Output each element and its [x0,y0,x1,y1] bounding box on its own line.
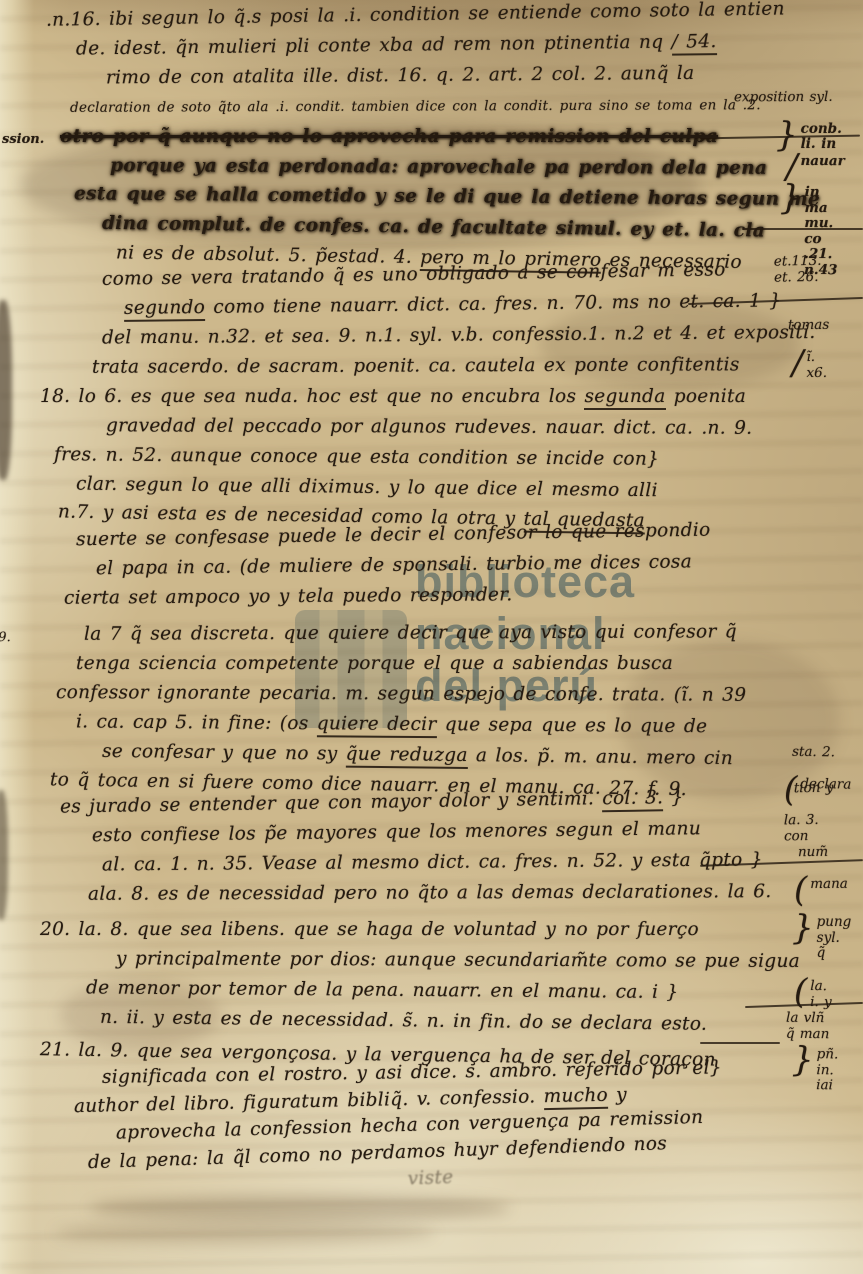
margin-note-right: la. 3. con [784,813,838,845]
line-text: cierta set ampoco yo y tela puedo respon… [64,584,513,608]
line-text: 18. lo 6. es que sea nuda. hoc est que n… [40,386,746,410]
line-text-part: poenita [666,386,747,407]
line-text-part: i. ca. cap 5. in fine: (os [76,711,317,734]
manuscript-line: declaration de soto q̃to ala .i. condit.… [30,91,822,123]
line-text: i. ca. cap 5. in fine: (os quiere decir … [76,711,707,738]
line-text: suerte se confesase puede le decir el co… [76,520,711,551]
margin-note-text: conb. li. in [801,122,842,153]
margin-note-right: la vlñ q̃ man [786,1011,838,1043]
line-text: porque ya esta perdonada: aprovechale pa… [110,155,767,179]
manuscript-line: y principalmente por dios: aunque secund… [30,945,822,977]
manuscript-line: porque ya esta perdonada: aprovechale pa… [30,152,822,184]
line-text-part: se confesar y que no sy [102,740,346,764]
manuscript-line: 20. la. 8. que sea libens. que se haga d… [30,916,822,945]
margin-brace: } [792,911,814,945]
margin-note-text: sta. 2. [792,744,835,760]
line-text: esta que se halla cometido y se le di qu… [74,184,820,211]
margin-note-right: exposition syl. [734,90,838,106]
manuscript-line: tenga sciencia competente porque el que … [30,650,822,679]
margin-note-text: num̃ [798,845,828,861]
margin-note-text: nauar [800,153,844,169]
margin-note-right: sta. 2. [792,744,838,760]
line-text-part: quiere decir [317,713,437,738]
margin-note-right: (la. i. y [794,979,838,1010]
margin-note-text: tomas [788,318,829,334]
margin-note-right: /ĩ. x6. [792,350,838,381]
margin-note-text: mana [810,877,848,893]
margin-note-text: tion y [794,781,834,797]
manuscript-line: 18. lo 6. es que sea nuda. hoc est que n… [30,383,822,412]
margin-note-text: la. 3. con [784,813,838,845]
manuscript-line: confessor ignorante pecaria. m. segun es… [30,679,822,711]
manuscript-line: .113,del manu. n.32. et sea. 9. n.1. syl… [30,319,822,354]
margin-note-left: ssion. [2,126,44,155]
line-text-part: a los. p̃. m. anu. mero cin [468,745,734,769]
manuscript-line: cierta set ampoco yo y tela puedo respon… [30,579,822,614]
line-text: 20. la. 8. que sea libens. que se haga d… [40,919,699,940]
line-text: segundo como tiene nauarr. dict. ca. fre… [124,290,782,322]
margin-brace: ( [794,975,808,1009]
line-text-part: / 54. [671,31,716,56]
line-text: tenga sciencia competente porque el que … [76,653,673,674]
margin-brace: / [792,346,804,380]
margin-note-text: la vlñ q̃ man [786,1011,838,1043]
manuscript-line: gravedad del peccado por algunos rudeves… [30,412,822,444]
manuscript-line: n. ii. y esta es de necessidad. s̃. n. i… [30,1003,822,1041]
line-text: confessor ignorante pecaria. m. segun es… [56,682,746,706]
margin-note-right: num̃ [798,845,838,861]
margin-note-text: ĩ. x6. [806,350,838,381]
margin-brace: } [780,181,802,215]
margin-note-right: et.113. et. 26. [774,254,838,286]
manuscript-line: ssion.otro por q̃ aunque no lo aprovecha… [30,123,822,152]
line-text: viste [407,1167,454,1190]
margin-note-text: et.113. et. 26. [774,254,838,286]
manuscript-line: ala. 8. es de necessidad pero no q̃to a … [30,878,822,910]
line-text: gravedad del peccado por algunos rudeves… [106,415,752,438]
line-text-part: es jurado se entender que con mayor dolo… [60,789,603,818]
line-text-part: que sepa que es lo que de [436,714,707,737]
line-text-part: segundo [124,297,205,322]
line-text: rimo de con atalita ille. dist. 16. q. 2… [106,63,695,89]
line-text: el papa in ca. (de muliere de sponsali. … [96,552,692,580]
line-text-part: 18. lo 6. es que sea nuda. hoc est que n… [40,386,584,407]
line-text: y principalmente por dios: aunque secund… [116,948,800,972]
line-text-part: q̃ue reduzga [346,743,468,768]
margin-note-left: 19. [0,624,11,653]
margin-note-right: tomas [788,318,838,334]
line-text: es jurado se entender que con mayor dolo… [60,787,684,818]
manuscript-line: 19.la 7 q̃ sea discreta. que quiere deci… [30,618,822,650]
line-text: esto confiese los p̃e mayores que los me… [92,819,701,847]
line-text: al. ca. 1. n. 35. Vease al mesmo dict. c… [102,850,763,876]
line-text: de menor por temor de la pena. nauarr. e… [86,977,679,1003]
line-text-part: como tiene nauarr. dict. ca. fres. n. 70… [205,290,781,318]
manuscript-line: fres. n. 52. aunque conoce que esta cond… [30,441,822,476]
manuscript-line: trata sacerdo. de sacram. poenit. ca. ca… [30,351,822,383]
manuscript-page: biblioteca nacional del perú .n.16. ibi … [0,0,863,1274]
margin-brace: ( [794,873,807,907]
line-text: declaration de soto q̃to ala .i. condit.… [70,97,761,116]
manuscript-line: rimo de con atalita ille. dist. 16. q. 2… [30,59,822,94]
line-text-part: de. idest. q̃n mulieri pli conte xba ad … [76,32,672,60]
line-text-part: segunda [584,386,665,410]
line-text: otro por q̃ aunque no lo aprovecha para … [60,126,718,147]
manuscript-text-block: .n.16. ibi segun lo q̃.s posi la .i. con… [30,7,822,1209]
line-text: n. ii. y esta es de necessidad. s̃. n. i… [100,1007,707,1035]
margin-note-right: (mana [794,877,838,907]
line-text-part: col. 3. [602,788,663,813]
line-text: .n.16. ibi segun lo q̃.s posi la .i. con… [46,0,785,31]
line-text-part: } [663,787,684,808]
margin-note-right: tion y [794,781,838,797]
manuscript-line: al. ca. 1. n. 35. Vease al mesmo dict. c… [30,846,822,881]
line-text: la 7 q̃ sea discreta. que quiere decir q… [84,621,737,645]
line-text: de. idest. q̃n mulieri pli conte xba ad … [76,31,717,59]
line-text: clar. segun lo que alli diximus. y lo qu… [76,473,658,501]
line-text: del manu. n.32. et sea. 9. n.1. syl. v.b… [102,322,816,348]
line-text: trata sacerdo. de sacram. poenit. ca. ca… [92,354,740,377]
line-text: fres. n. 52. aunque conoce que esta cond… [54,444,659,470]
line-text: ala. 8. es de necessidad pero no q̃to a … [88,881,772,905]
margin-note-text: exposition syl. [734,90,833,106]
line-text: dina complut. de confes. ca. de facultat… [102,213,765,242]
line-text-part: y [608,1084,627,1105]
line-text: como se vera tratando q̃ es uno obligado… [102,259,726,290]
margin-note-text: la. i. y [810,979,838,1010]
line-text: se confesar y que no sy q̃ue reduzga a l… [102,740,733,768]
